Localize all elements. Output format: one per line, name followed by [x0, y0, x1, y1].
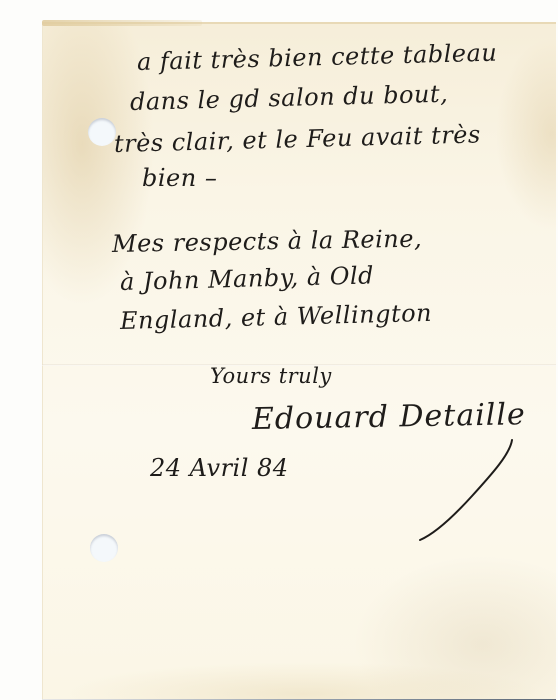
letter-line-1: a fait très bien cette tableau [137, 39, 498, 76]
signature: Edouard Detaille [252, 397, 526, 437]
torn-top-edge [42, 20, 202, 26]
letter-line-7: England, et à Wellington [120, 299, 433, 335]
letter-line-5: Mes respects à la Reine, [112, 225, 423, 258]
punch-hole-bottom [90, 534, 118, 562]
letter-line-3: très clair, et le Feu avait très [114, 120, 481, 158]
letter-date: 24 Avril 84 [150, 454, 289, 482]
letter-line-6: à John Manby, à Old [120, 261, 375, 296]
letter-closing: Yours truly [210, 364, 332, 388]
letter-paper: a fait très bien cette tableau dans le g… [42, 22, 556, 700]
signature-flourish-icon [412, 434, 522, 544]
letter-line-2: dans le gd salon du bout, [130, 80, 449, 116]
scanned-letter: a fait très bien cette tableau dans le g… [0, 0, 558, 700]
punch-hole-top [88, 118, 116, 146]
letter-line-4: bien – [142, 164, 217, 192]
